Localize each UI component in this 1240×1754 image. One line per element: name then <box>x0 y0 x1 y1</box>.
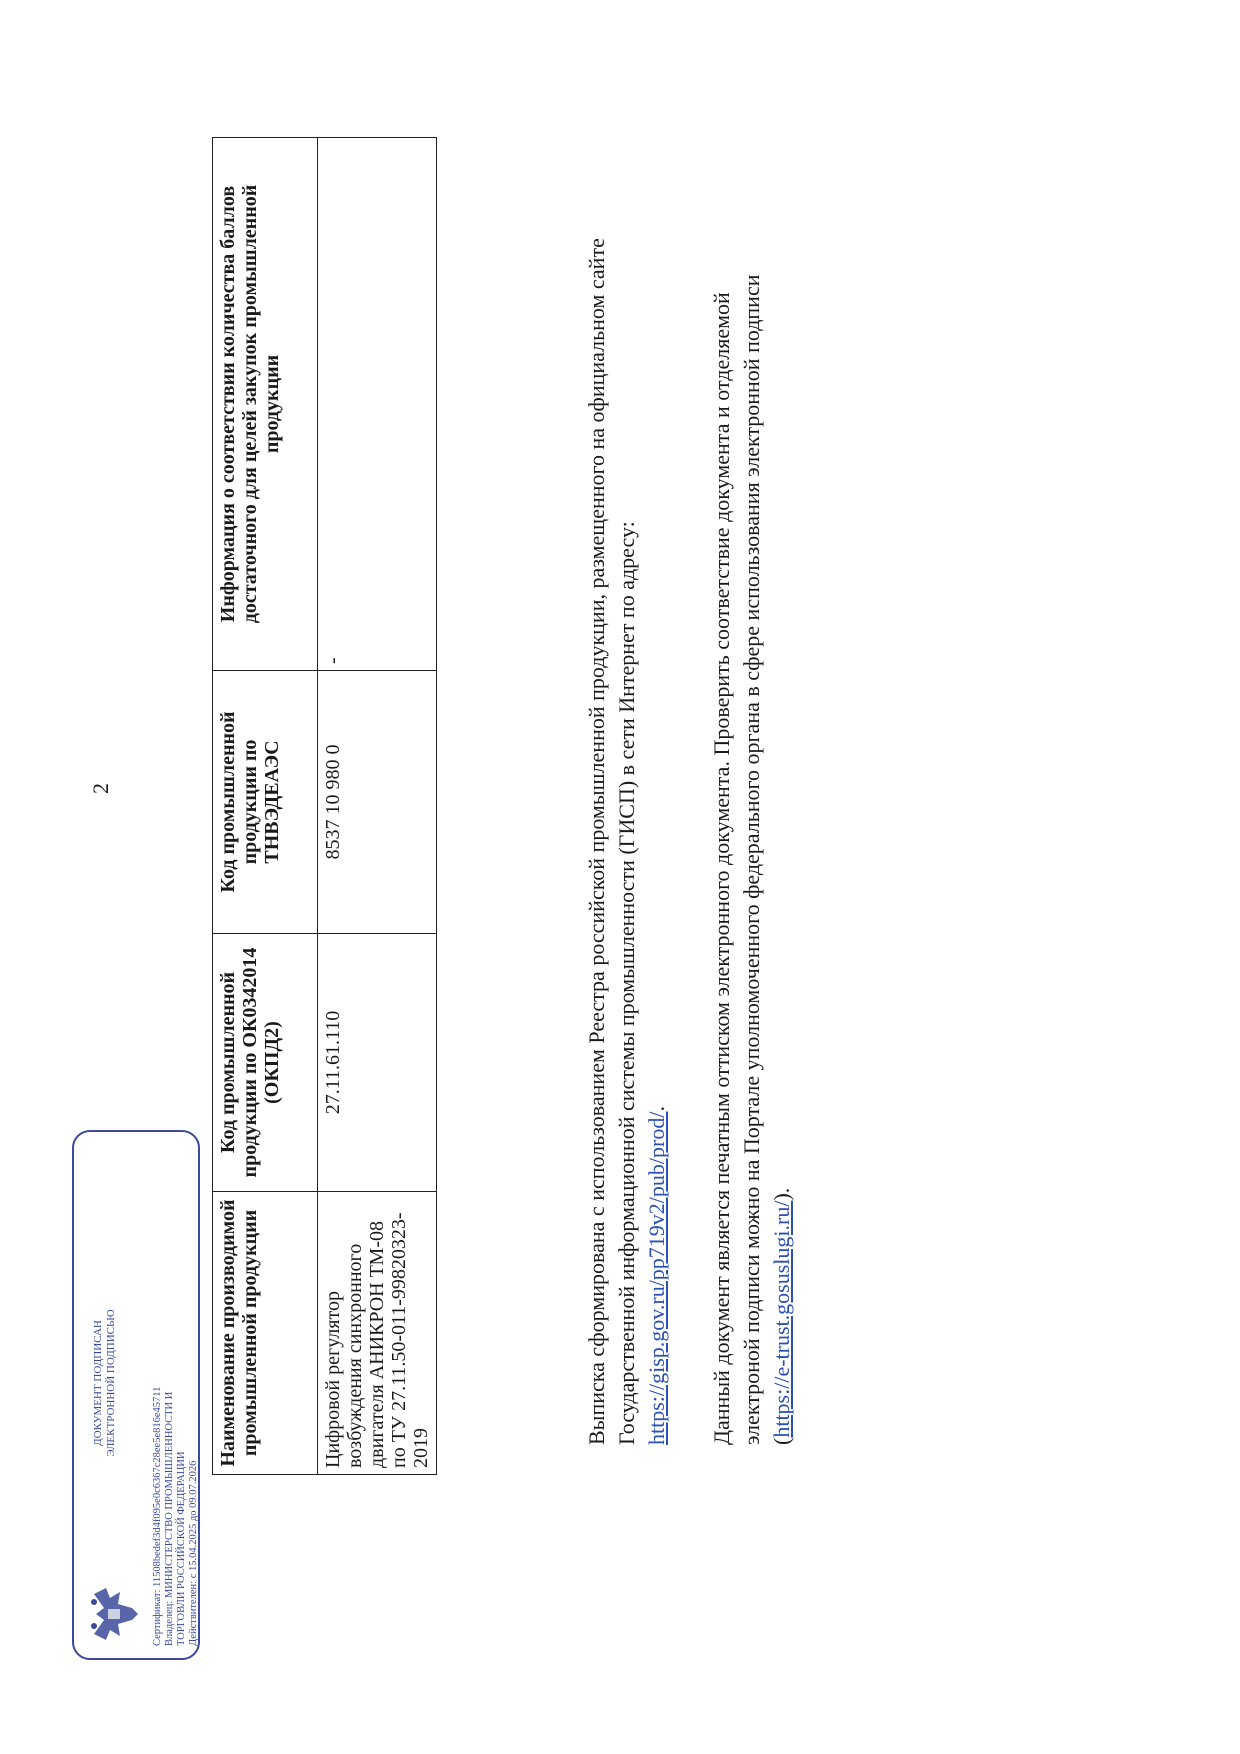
cell-tnved-code: 8537 10 980 0 <box>318 671 437 934</box>
double-headed-eagle-icon <box>86 1584 142 1644</box>
stamp-info: Сертификат: 11508bedef3d4f095e0c6367c28e… <box>152 1136 200 1646</box>
table-row: Цифровой регулятор возбуждения синхронно… <box>318 138 437 1475</box>
cell-points-info: - <box>318 138 437 671</box>
header-okpd2-code: Код промышленной продукции по ОК0342014 … <box>213 934 318 1192</box>
stamp-owner: Владелец: МИНИСТЕРСТВО ПРОМЫШЛЕННОСТИ И <box>164 1136 176 1646</box>
document-page: 2 ДОКУМЕНТ ПОДПИСАН ЭЛЕКТРОННОЙ ПОДПИСЬЮ… <box>0 0 1240 1754</box>
header-product-name: Наименование производимой промышленной п… <box>213 1192 318 1475</box>
paragraph-text: . <box>644 1106 669 1112</box>
stamp-certificate: Сертификат: 11508bedef3d4f095e0c6367c28e… <box>152 1136 164 1646</box>
paragraph-text: ). <box>769 1188 794 1201</box>
electronic-signature-stamp: ДОКУМЕНТ ПОДПИСАН ЭЛЕКТРОННОЙ ПОДПИСЬЮ С… <box>72 1130 200 1660</box>
stamp-title-line: ЭЛЕКТРОННОЙ ПОДПИСЬЮ <box>105 1218 118 1548</box>
stamp-title-line: ДОКУМЕНТ ПОДПИСАН <box>92 1218 105 1548</box>
e-trust-link[interactable]: https://e-trust.gosuslugi.ru/ <box>769 1201 794 1438</box>
gisp-link[interactable]: https://gisp.gov.ru/pp719v2/pub/prod/ <box>644 1112 669 1445</box>
header-points-info: Информация о соответствии количества бал… <box>213 138 318 671</box>
table-header-row: Наименование производимой промышленной п… <box>213 138 318 1475</box>
cell-product-name: Цифровой регулятор возбуждения синхронно… <box>318 1192 437 1475</box>
stamp-owner: ТОРГОВЛИ РОССИЙСКОЙ ФЕДЕРАЦИИ <box>176 1136 188 1646</box>
paragraph-text: Выписка сформирована с использованием Ре… <box>584 238 639 1445</box>
stamp-validity: Действителен: с 15.04.2025 до 09.07.2026 <box>188 1136 200 1646</box>
header-tnved-code: Код промышленной продукции по ТНВЭДЕАЭС <box>213 671 318 934</box>
registry-statement: Выписка сформирована с использованием Ре… <box>582 215 672 1445</box>
cell-okpd2-code: 27.11.61.110 <box>318 934 437 1192</box>
page-number: 2 <box>88 783 114 794</box>
stamp-title: ДОКУМЕНТ ПОДПИСАН ЭЛЕКТРОННОЙ ПОДПИСЬЮ <box>92 1218 118 1548</box>
product-table: Наименование производимой промышленной п… <box>212 137 437 1475</box>
signature-verification-note: Данный документ является печатным оттиск… <box>707 215 797 1445</box>
